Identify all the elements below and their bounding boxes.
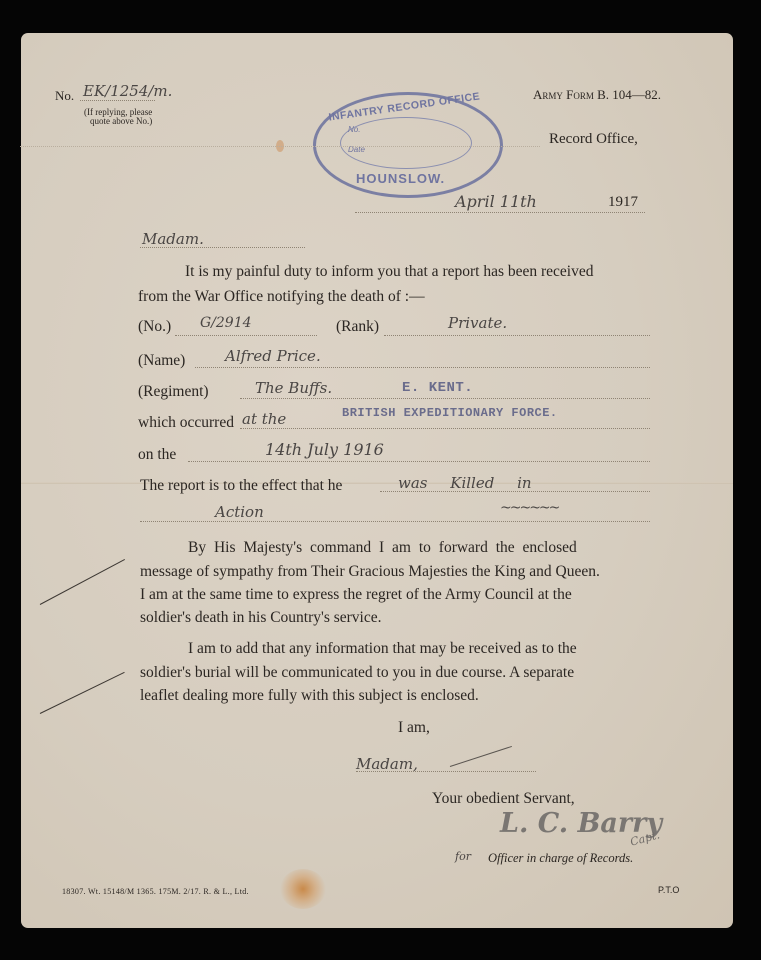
sympathy-line-1: By His Majesty's command I am to forward… xyxy=(188,536,577,559)
death-date: 14th July 1916 xyxy=(265,440,384,459)
intro-line-1: It is my painful duty to inform you that… xyxy=(185,260,593,283)
salutation: Madam. xyxy=(142,230,204,248)
date-line xyxy=(355,212,645,213)
rust-stain xyxy=(280,869,326,909)
closing-madam-line xyxy=(356,771,536,772)
occurred-line xyxy=(240,428,650,429)
sympathy-line-4: soldier's death in his Country's service… xyxy=(140,606,382,629)
no-line xyxy=(175,335,317,336)
date-year: 1917 xyxy=(608,194,638,211)
name-label: (Name) xyxy=(138,352,185,370)
ref-note-2: quote above No.) xyxy=(90,116,152,127)
ref-number-line xyxy=(80,100,155,101)
on-the-line xyxy=(188,461,650,462)
rank-value: Private. xyxy=(448,314,507,332)
sympathy-line-2: message of sympathy from Their Gracious … xyxy=(140,560,600,583)
regiment-line xyxy=(240,398,650,399)
sympathy-line-3: I am at the same time to express the reg… xyxy=(140,583,572,606)
effect-value: was Killed in xyxy=(398,474,532,492)
soldier-name: Alfred Price. xyxy=(225,347,321,365)
service-number: G/2914 xyxy=(200,315,252,331)
effect-value-line2: Action xyxy=(215,503,264,521)
rank-label: (Rank) xyxy=(336,318,379,336)
effect-line xyxy=(380,491,650,492)
regiment-value: The Buffs. xyxy=(255,379,332,397)
occurred-value: at the xyxy=(242,410,286,428)
intro-line-2: from the War Office notifying the death … xyxy=(138,285,425,308)
burial-line-1: I am to add that any information that ma… xyxy=(188,637,577,660)
date-day-month: April 11th xyxy=(455,192,537,211)
effect-line-2 xyxy=(140,521,650,522)
no-label: (No.) xyxy=(138,318,171,336)
obedient-servant: Your obedient Servant, xyxy=(432,787,575,810)
regiment-stamp: E. KENT. xyxy=(402,380,473,396)
occurred-stamp: BRITISH EXPEDITIONARY FORCE. xyxy=(342,406,558,420)
burial-line-2: soldier's burial will be communicated to… xyxy=(140,661,574,684)
salutation-line xyxy=(140,247,305,248)
strike-flourish: ~~~~~~ xyxy=(500,500,558,516)
burial-line-3: leaflet dealing more fully with this sub… xyxy=(140,684,479,707)
i-am: I am, xyxy=(398,716,430,739)
pto-label: P.T.O xyxy=(658,885,679,895)
name-line xyxy=(195,367,650,368)
ref-label: No. xyxy=(55,88,74,104)
officer-in-charge: Officer in charge of Records. xyxy=(488,851,633,866)
address-line xyxy=(20,146,540,147)
form-number: Army Form B. 104—82. xyxy=(533,87,661,103)
rank-line xyxy=(384,335,650,336)
stamp-no-label: No. xyxy=(348,125,360,134)
on-the-label: on the xyxy=(138,446,176,464)
regiment-label: (Regiment) xyxy=(138,383,209,401)
occurred-label: which occurred xyxy=(138,414,234,432)
record-office-label: Record Office, xyxy=(549,131,638,148)
for-prefix: for xyxy=(455,850,471,863)
stamp-bottom-text: HOUNSLOW. xyxy=(356,171,445,186)
print-line: 18307. Wt. 15148/M 1365. 175M. 2/17. R. … xyxy=(62,887,249,896)
effect-label: The report is to the effect that he xyxy=(140,477,342,495)
infantry-record-office-stamp: INFANTRY RECORD OFFICE No. Date HOUNSLOW… xyxy=(313,92,503,198)
paper-fold xyxy=(21,482,733,484)
ref-number: EK/1254/m. xyxy=(83,82,172,100)
